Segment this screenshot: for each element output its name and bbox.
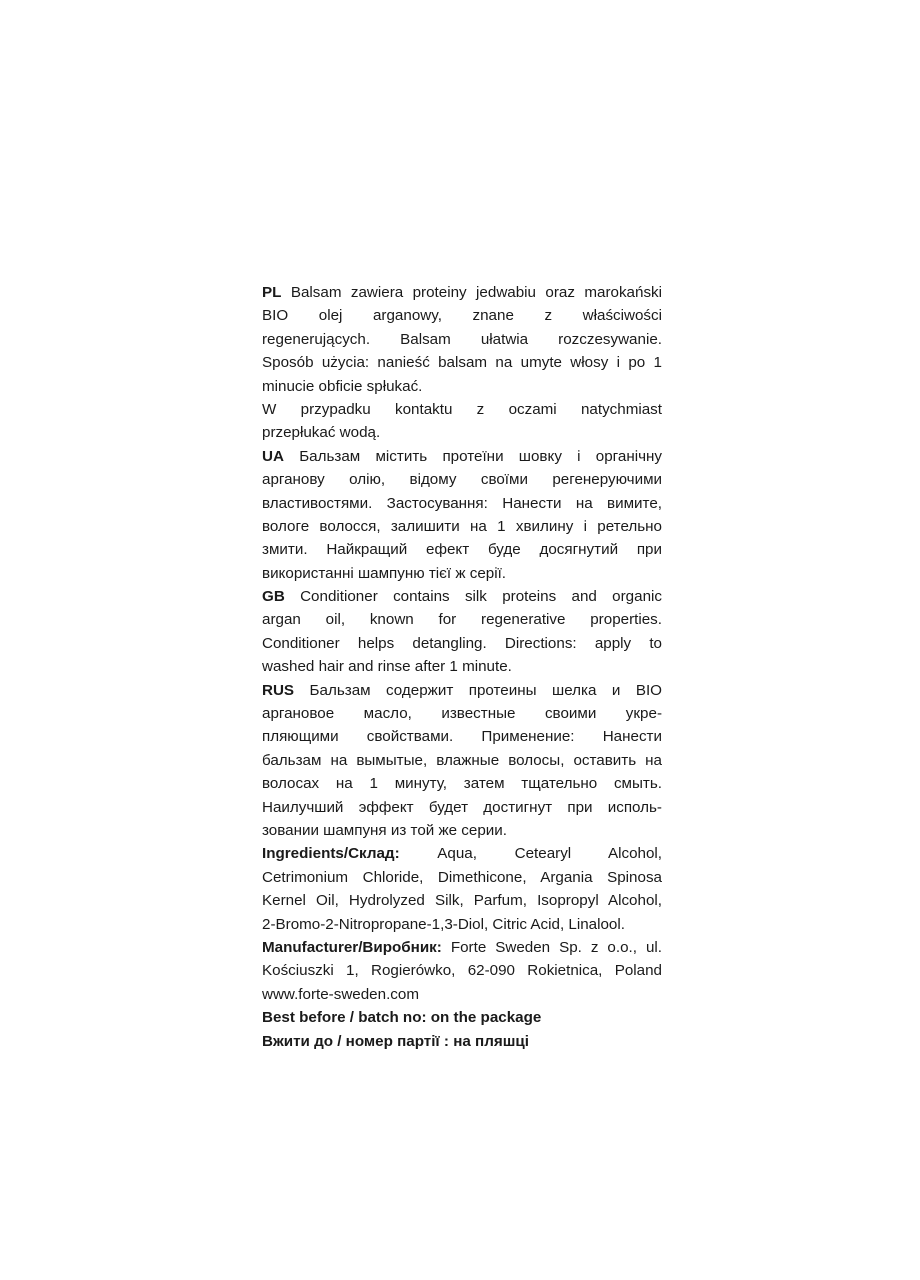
text-line: пляющими свойствами. Применение: Нанести: [262, 725, 662, 748]
text-line: Cetrimonium Chloride, Dimethicone, Argan…: [262, 866, 662, 889]
text-line: GB Conditioner contains silk proteins an…: [262, 585, 662, 608]
text-line: przepłukać wodą.: [262, 421, 662, 444]
section-heading: Manufacturer/Виробник:: [262, 939, 442, 956]
text-line: argan oil, known for regenerative proper…: [262, 608, 662, 631]
text-line: волосах на 1 минуту, затем тщательно смы…: [262, 772, 662, 795]
text-line: Kościuszki 1, Rogierówko, 62-090 Rokietn…: [262, 959, 662, 982]
line-text: Kościuszki 1, Rogierówko, 62-090 Rokietn…: [262, 962, 662, 979]
line-text: Sposób użycia: nanieść balsam na umyte w…: [262, 354, 662, 371]
text-line: Ingredients/Склад: Aqua, Cetearyl Alcoho…: [262, 842, 662, 865]
text-line: washed hair and rinse after 1 minute.: [262, 655, 662, 678]
line-text: арганову олію, відому своїми регенеруючи…: [262, 471, 662, 488]
line-text: Наилучший эффект будет достигнут при исп…: [262, 799, 662, 816]
line-text: пляющими свойствами. Применение: Нанести: [262, 728, 662, 745]
text-line: зовании шампуня из той же серии.: [262, 819, 662, 842]
line-text: regenerujących. Balsam ułatwia rozczesyw…: [262, 331, 662, 348]
text-line: UA Бальзам містить протеїни шовку і орга…: [262, 445, 662, 468]
text-line: аргановое масло, известные своими укре-: [262, 702, 662, 725]
line-text: Balsam zawiera proteiny jedwabiu oraz ma…: [281, 284, 662, 301]
text-line: PL Balsam zawiera proteiny jedwabiu oraz…: [262, 281, 662, 304]
text-line: regenerujących. Balsam ułatwia rozczesyw…: [262, 328, 662, 351]
line-text: BIO olej arganowy, znane z właściwości: [262, 307, 662, 324]
text-line: змити. Найкращий ефект буде досягнутий п…: [262, 538, 662, 561]
line-text: www.forte-sweden.com: [262, 986, 419, 1003]
line-text: Бальзам містить протеїни шовку і органіч…: [284, 448, 662, 465]
line-text: Forte Sweden Sp. z o.o., ul.: [442, 939, 662, 956]
section-heading: Ingredients/Склад:: [262, 845, 400, 862]
text-line: властивостями. Застосування: Нанести на …: [262, 492, 662, 515]
line-text: 2-Bromo-2-Nitropropane-1,3-Diol, Citric …: [262, 916, 625, 933]
section-manufacturer: Manufacturer/Виробник: Forte Sweden Sp. …: [262, 936, 662, 1006]
line-text: przepłukać wodą.: [262, 424, 380, 441]
line-text: Бальзам содержит протеины шелка и BIO: [294, 682, 662, 699]
text-line: Kernel Oil, Hydrolyzed Silk, Parfum, Iso…: [262, 889, 662, 912]
product-label-text: PL Balsam zawiera proteiny jedwabiu oraz…: [262, 281, 662, 1053]
line-text: бальзам на вымытые, влажные волосы, оста…: [262, 752, 662, 769]
section-gb: GB Conditioner contains silk proteins an…: [262, 585, 662, 679]
line-text: Cetrimonium Chloride, Dimethicone, Argan…: [262, 869, 662, 886]
section-rus: RUS Бальзам содержит протеины шелка и BI…: [262, 679, 662, 843]
text-line: Наилучший эффект будет достигнут при исп…: [262, 796, 662, 819]
text-line: BIO olej arganowy, znane z właściwości: [262, 304, 662, 327]
text-line: minucie obficie spłukać.: [262, 375, 662, 398]
line-text: волосах на 1 минуту, затем тщательно смы…: [262, 775, 662, 792]
line-text: Kernel Oil, Hydrolyzed Silk, Parfum, Iso…: [262, 892, 662, 909]
line-text: argan oil, known for regenerative proper…: [262, 611, 662, 628]
text-line: www.forte-sweden.com: [262, 983, 662, 1006]
text-line: Best before / batch no: on the package: [262, 1006, 662, 1029]
text-line: використанні шампуню тієї ж серії.: [262, 562, 662, 585]
section-ingredients: Ingredients/Склад: Aqua, Cetearyl Alcoho…: [262, 842, 662, 936]
line-text: Aqua, Cetearyl Alcohol,: [400, 845, 662, 862]
section-best-before: Best before / batch no: on the packageВж…: [262, 1006, 662, 1053]
text-line: W przypadku kontaktu z oczami natychmias…: [262, 398, 662, 421]
section-heading: UA: [262, 448, 284, 465]
text-line: Вжити до / номер партії : на пляшці: [262, 1030, 662, 1053]
text-line: Conditioner helps detangling. Directions…: [262, 632, 662, 655]
text-line: Sposób użycia: nanieść balsam na umyte w…: [262, 351, 662, 374]
line-text: W przypadku kontaktu z oczami natychmias…: [262, 401, 662, 418]
line-text: властивостями. Застосування: Нанести на …: [262, 495, 662, 512]
line-text: вологе волосся, залишити на 1 хвилину і …: [262, 518, 662, 535]
section-ua: UA Бальзам містить протеїни шовку і орга…: [262, 445, 662, 585]
text-line: Manufacturer/Виробник: Forte Sweden Sp. …: [262, 936, 662, 959]
text-line: бальзам на вымытые, влажные волосы, оста…: [262, 749, 662, 772]
text-line: RUS Бальзам содержит протеины шелка и BI…: [262, 679, 662, 702]
text-line: 2-Bromo-2-Nitropropane-1,3-Diol, Citric …: [262, 913, 662, 936]
text-line: арганову олію, відому своїми регенеруючи…: [262, 468, 662, 491]
line-text: minucie obficie spłukać.: [262, 378, 422, 395]
section-heading: PL: [262, 284, 281, 301]
section-heading: RUS: [262, 682, 294, 699]
section-heading: Best before / batch no: on the package: [262, 1009, 541, 1026]
section-heading: Вжити до / номер партії : на пляшці: [262, 1033, 529, 1050]
line-text: Conditioner contains silk proteins and o…: [285, 588, 662, 605]
line-text: використанні шампуню тієї ж серії.: [262, 565, 506, 582]
line-text: зовании шампуня из той же серии.: [262, 822, 507, 839]
line-text: аргановое масло, известные своими укре-: [262, 705, 662, 722]
line-text: washed hair and rinse after 1 minute.: [262, 658, 512, 675]
line-text: Conditioner helps detangling. Directions…: [262, 635, 662, 652]
line-text: змити. Найкращий ефект буде досягнутий п…: [262, 541, 662, 558]
section-pl: PL Balsam zawiera proteiny jedwabiu oraz…: [262, 281, 662, 445]
text-line: вологе волосся, залишити на 1 хвилину і …: [262, 515, 662, 538]
section-heading: GB: [262, 588, 285, 605]
